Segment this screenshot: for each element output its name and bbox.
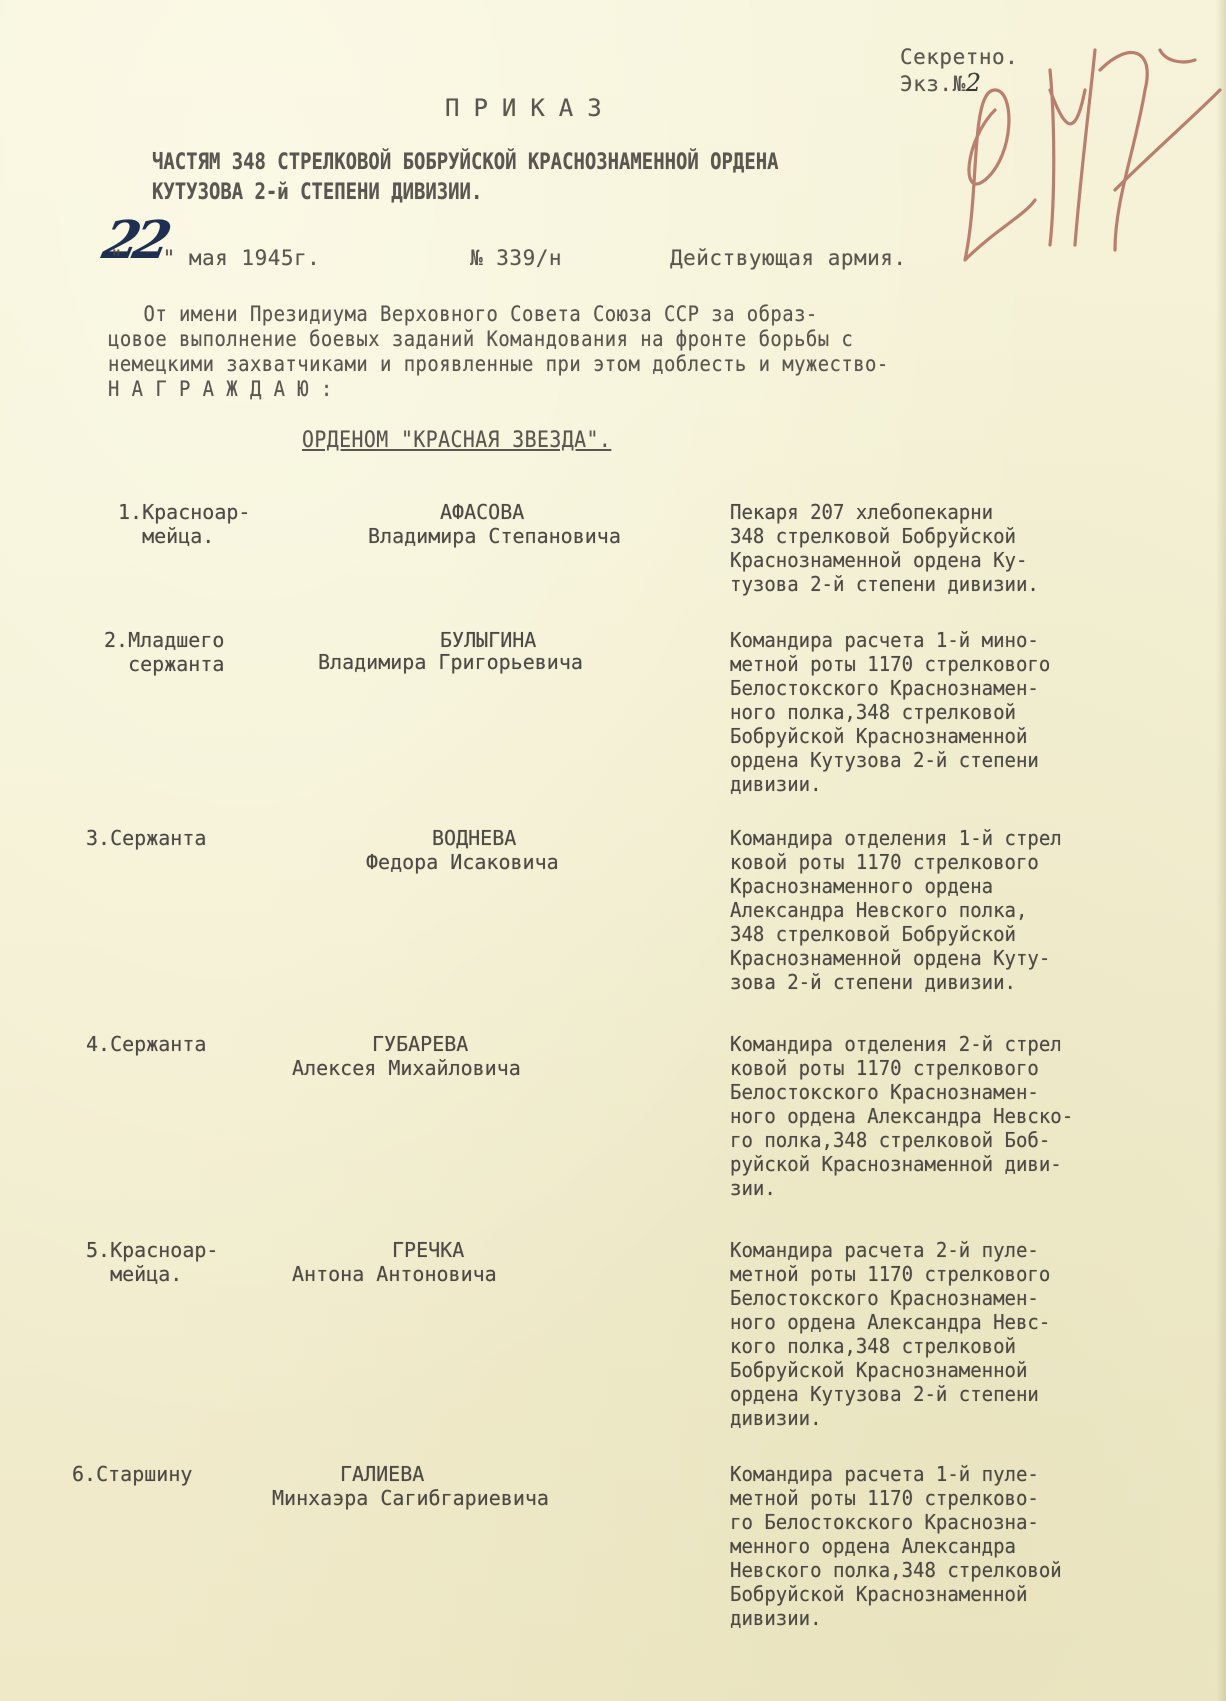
order-location: Действующая армия. — [670, 246, 907, 270]
entry-rank: 1.Красноар- мейца. — [118, 500, 250, 548]
entry-rank: 2.Младшего сержанта — [104, 628, 224, 676]
entry-given-names: Алексея Михайловича — [292, 1056, 521, 1080]
entry-position: Командира отделения 1-й стрел ковой роты… — [730, 826, 1062, 994]
subtitle-line-2: КУТУЗОВА 2-й СТЕПЕНИ ДИВИЗИИ. — [152, 180, 482, 205]
entry-position: Пекаря 207 хлебопекарни 348 стрелковой Б… — [730, 500, 1039, 596]
entry-rank: 5.Красноар- мейца. — [86, 1238, 218, 1286]
red-pencil-mark-icon — [955, 30, 1225, 290]
entry-surname: АФАСОВА — [440, 500, 524, 524]
entry-rank: 3.Сержанта — [86, 826, 206, 850]
order-date: " " мая 1945г. — [110, 246, 320, 270]
entry-surname: БУЛЫГИНА — [440, 628, 536, 652]
entry-position: Командира расчета 1-й мино- метной роты … — [730, 628, 1050, 796]
entry-position: Командира расчета 1-й пуле- метной роты … — [730, 1462, 1062, 1630]
entry-given-names: Владимира Григорьевича — [318, 650, 583, 674]
entry-given-names: Федора Исаковича — [366, 850, 559, 874]
preamble-line-4: Н А Г Р А Ж Д А Ю : — [108, 377, 333, 401]
preamble-line-2: цовое выполнение боевых заданий Командов… — [108, 327, 853, 351]
document-title: ПРИКАЗ — [445, 96, 616, 120]
preamble-line-1: От имени Президиума Верховного Совета Со… — [108, 302, 818, 326]
entry-surname: ГАЛИЕВА — [340, 1462, 424, 1486]
page-edge-shadow — [1216, 0, 1226, 1701]
document-subtitle: ЧАСТЯМ 348 СТРЕЛКОВОЙ БОБРУЙСКОЙ КРАСНОЗ… — [152, 148, 778, 208]
entry-surname: ВОДНЕВА — [432, 826, 516, 850]
award-heading: ОРДЕНОМ "КРАСНАЯ ЗВЕЗДА". — [302, 429, 611, 453]
entry-position: Командира отделения 2-й стрел ковой роты… — [730, 1032, 1073, 1200]
entry-given-names: Минхаэра Сагибгариевича — [272, 1486, 549, 1510]
document-page: Секретно. Экз.№2 ПРИКАЗ ЧАСТЯМ 348 СТРЕЛ… — [0, 0, 1226, 1701]
entry-given-names: Антона Антоновича — [292, 1262, 497, 1286]
entry-rank: 4.Сержанта — [86, 1032, 206, 1056]
preamble-line-3: немецкими захватчиками и проявленные при… — [108, 352, 889, 376]
subtitle-line-1: ЧАСТЯМ 348 СТРЕЛКОВОЙ БОБРУЙСКОЙ КРАСНОЗ… — [152, 150, 778, 175]
entry-rank: 6.Старшину — [72, 1462, 192, 1486]
entry-surname: ГУБАРЕВА — [372, 1032, 468, 1056]
entry-surname: ГРЕЧКА — [392, 1238, 464, 1262]
entry-given-names: Владимира Степановича — [368, 524, 621, 548]
order-number: № 339/н — [470, 246, 562, 270]
preamble: От имени Президиума Верховного Совета Со… — [108, 302, 889, 402]
entry-position: Командира расчета 2-й пуле- метной роты … — [730, 1238, 1050, 1430]
